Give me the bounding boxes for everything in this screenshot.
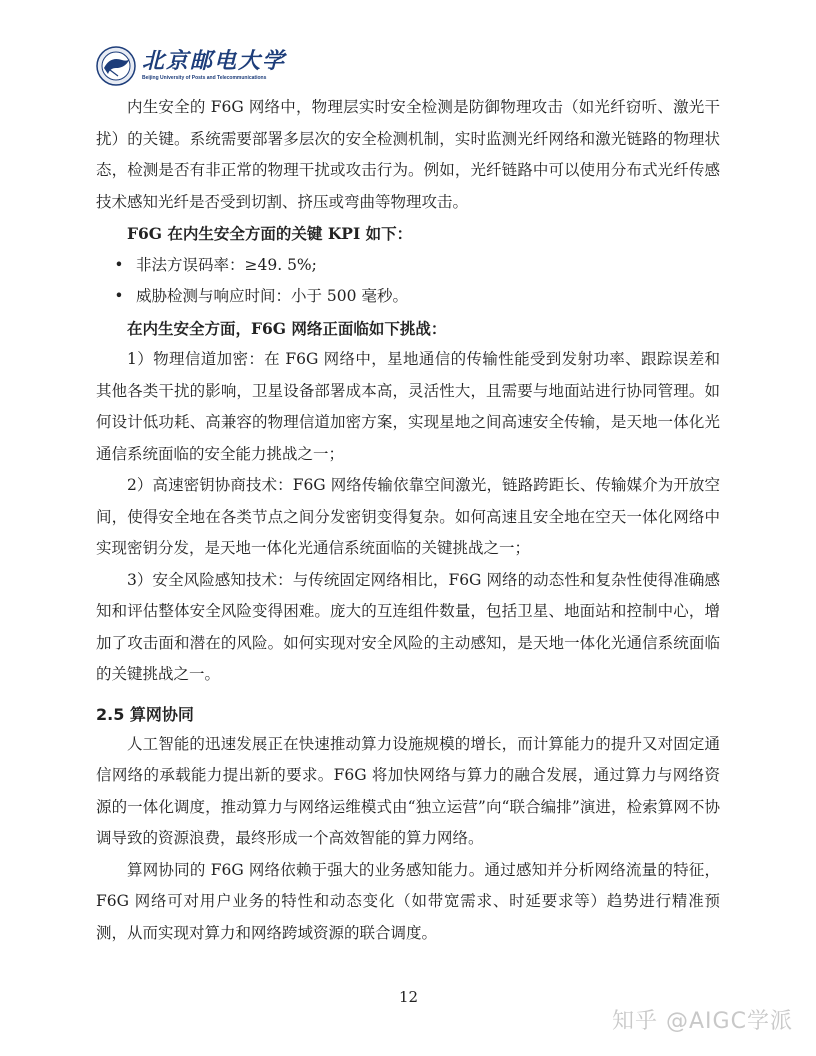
kpi-item: •非法方误码率：≥49. 5%; <box>96 250 720 282</box>
challenge-2: 2）高速密钥协商技术：F6G 网络传输依靠空间激光，链路跨距长、传输媒介为开放空… <box>96 470 720 565</box>
document-body: 内生安全的 F6G 网络中，物理层实时安全检测是防御物理攻击（如光纤窃听、激光干… <box>96 92 720 949</box>
bullet-icon: • <box>96 250 136 282</box>
challenge-heading: 在内生安全方面，F6G 网络正面临如下挑战： <box>96 313 720 345</box>
kpi-text: 威胁检测与响应时间：小于 500 毫秒。 <box>136 281 408 313</box>
document-header: 北京邮电大学 Beijing University of Posts and T… <box>96 44 286 88</box>
paragraph-service-awareness: 算网协同的 F6G 网络依赖于强大的业务感知能力。通过感知并分析网络流量的特征，… <box>96 855 720 950</box>
kpi-list: •非法方误码率：≥49. 5%; •威胁检测与响应时间：小于 500 毫秒。 <box>96 250 720 313</box>
paragraph-physical-layer: 内生安全的 F6G 网络中，物理层实时安全检测是防御物理攻击（如光纤窃听、激光干… <box>96 92 720 218</box>
challenge-3: 3）安全风险感知技术：与传统固定网络相比，F6G 网络的动态性和复杂性使得准确感… <box>96 565 720 691</box>
kpi-heading: F6G 在内生安全方面的关键 KPI 如下： <box>96 218 720 250</box>
challenge-1: 1）物理信道加密：在 F6G 网络中，星地通信的传输性能受到发射功率、跟踪误差和… <box>96 344 720 470</box>
bupt-emblem-icon <box>96 46 136 86</box>
section-title: 2.5 算网协同 <box>96 705 720 725</box>
paragraph-compute-network: 人工智能的迅速发展正在快速推动算力设施规模的增长，而计算能力的提升又对固定通信网… <box>96 729 720 855</box>
logo-title-cn: 北京邮电大学 <box>142 50 286 74</box>
page-number: 12 <box>399 988 418 1006</box>
logo-title-en: Beijing University of Posts and Telecomm… <box>142 74 286 82</box>
watermark: 知乎 @AIGC学派 <box>612 1004 793 1035</box>
bullet-icon: • <box>96 281 136 313</box>
kpi-item: •威胁检测与响应时间：小于 500 毫秒。 <box>96 281 720 313</box>
kpi-text: 非法方误码率：≥49. 5%; <box>136 250 317 282</box>
logo-text: 北京邮电大学 Beijing University of Posts and T… <box>142 50 286 82</box>
